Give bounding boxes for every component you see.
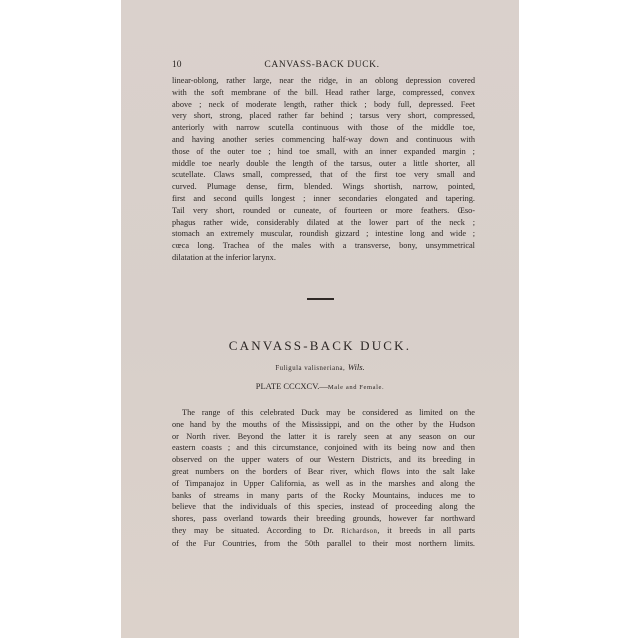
latin-binomial: Fuligula valisneriana, xyxy=(275,365,345,372)
text-line: linear-oblong, rather large, near the ri… xyxy=(172,75,475,87)
running-head-title: CANVASS-BACK DUCK. xyxy=(172,60,472,70)
text-line: first and second quills longest ; inner … xyxy=(172,193,475,205)
text-line: Tail very short, rounded or cuneate, of … xyxy=(172,205,475,217)
text-line: phagus rather wide, considerably dilated… xyxy=(172,217,475,229)
text-line: or North river. Beyond the latter it is … xyxy=(172,431,475,443)
text-fragment: , it breeds in all parts xyxy=(377,526,475,535)
text-line: those of the outer toe ; hind toe small,… xyxy=(172,146,475,158)
author-name-richardson: Richardson xyxy=(341,528,377,535)
text-line: and having another series commencing hal… xyxy=(172,134,475,146)
article-paragraph: The range of this celebrated Duck may be… xyxy=(172,407,475,550)
text-line: shores, pass overland towards their bree… xyxy=(172,513,475,525)
text-line: very short, strong, placed rather far be… xyxy=(172,110,475,122)
plate-caption: Male and Female. xyxy=(328,384,384,391)
text-line: with the soft membrane of the bill. Head… xyxy=(172,87,475,99)
text-line: scutellate. Claws small, compressed, tha… xyxy=(172,169,475,181)
book-page: 10 CANVASS-BACK DUCK. linear-oblong, rat… xyxy=(121,0,519,638)
text-line: above ; neck of moderate length, rather … xyxy=(172,99,475,111)
text-line: believe that the individuals of this spe… xyxy=(172,501,475,513)
latin-authority: Wils. xyxy=(348,362,365,372)
text-line: cœca long. Trachea of the males with a t… xyxy=(172,240,475,252)
running-head: 10 CANVASS-BACK DUCK. xyxy=(172,60,472,74)
continuation-paragraph: linear-oblong, rather large, near the ri… xyxy=(172,75,475,264)
text-line: dilatation at the inferior larynx. xyxy=(172,252,475,264)
plate-number: PLATE CCCXCV.— xyxy=(256,381,328,391)
text-line: curved. Plumage dense, firm, blended. Wi… xyxy=(172,181,475,193)
text-line: of the Fur Countries, from the 50th para… xyxy=(172,538,475,550)
text-fragment: they may be situated. According to Dr. xyxy=(172,526,341,535)
plate-reference: PLATE CCCXCV.—Male and Female. xyxy=(121,381,519,391)
text-line: middle toe nearly double the length of t… xyxy=(172,158,475,170)
text-line: banks of streams in many parts of the Ro… xyxy=(172,490,475,502)
text-line: anteriorly with narrow scutella continuo… xyxy=(172,122,475,134)
scientific-name: Fuligula valisneriana, Wils. xyxy=(121,362,519,372)
text-line: one hand by the mouths of the Mississipp… xyxy=(172,419,475,431)
section-divider-rule xyxy=(307,298,334,300)
text-line: they may be situated. According to Dr. R… xyxy=(172,525,475,538)
text-line: stomach an extremely muscular, roundish … xyxy=(172,228,475,240)
text-line: of Timpanajoz in Upper California, as we… xyxy=(172,478,475,490)
text-line: observed on the upper waters of our West… xyxy=(172,454,475,466)
text-line: The range of this celebrated Duck may be… xyxy=(172,407,475,419)
text-line: eastern coasts ; and this circumstance, … xyxy=(172,442,475,454)
section-title: CANVASS-BACK DUCK. xyxy=(121,338,519,354)
text-line: great numbers on the borders of Bear riv… xyxy=(172,466,475,478)
